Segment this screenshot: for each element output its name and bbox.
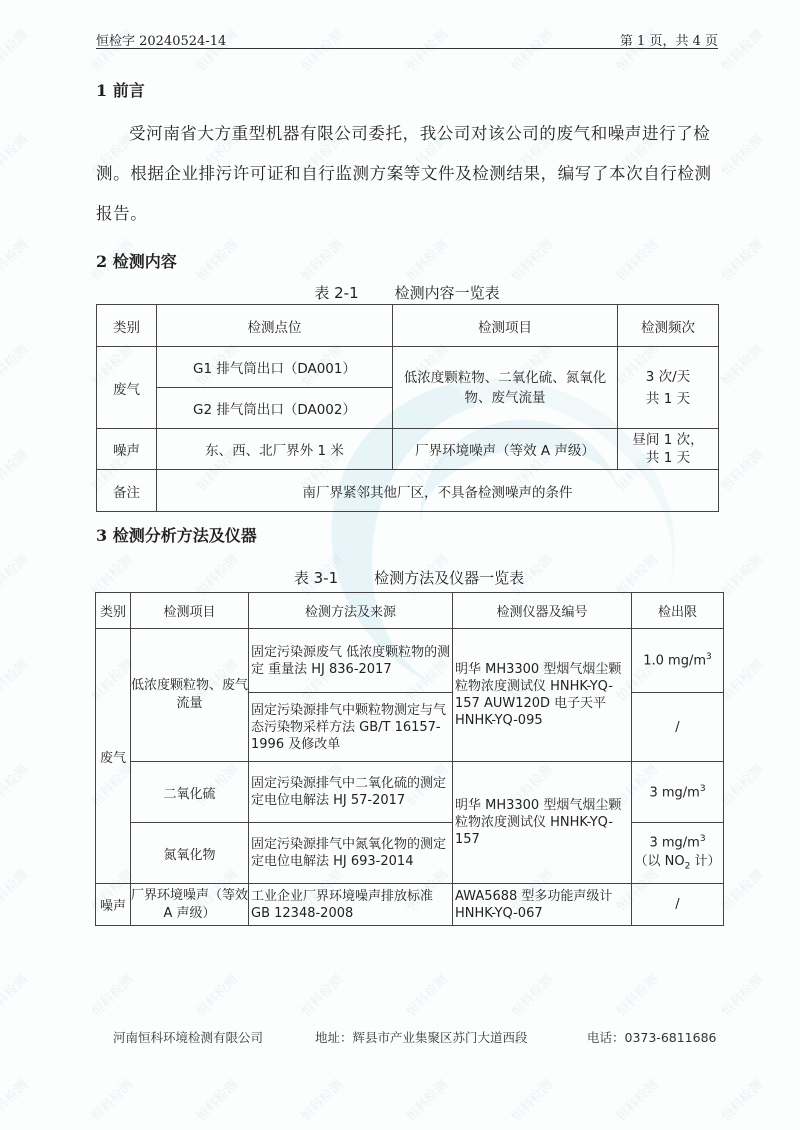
frequency-line-2: 共 1 天 [618, 388, 718, 410]
table-row: 废气 G1 排气筒出口（DA001） 低浓度颗粒物、二氧化硫、氮氧化物、废气流量… [97, 347, 719, 388]
noise-item: 厂界环境噪声（等效 A 声级） [393, 429, 618, 470]
instrument-mh3300: 明华 MH3300 型烟气烟尘颗粒物浓度测试仪 HNHK-YQ-157 [453, 762, 632, 884]
limit-particulate: 1.0 mg/m3 [632, 629, 724, 693]
table-header-row: 类别 检测点位 检测项目 检测频次 [97, 305, 719, 347]
table-3-1-title: 检测方法及仪器一览表 [374, 569, 524, 587]
header-limit: 检出限 [632, 593, 724, 629]
document-page: 恒检字 20240524-14 第 1 页，共 4 页 1 前言 受河南省大方重… [0, 0, 800, 1130]
limit-noise: / [632, 884, 724, 926]
limit-value: 3 mg/m [649, 785, 699, 800]
header-item: 检测项目 [131, 593, 249, 629]
method-hj57: 固定污染源排气中二氧化硫的测定 定电位电解法 HJ 57-2017 [249, 762, 453, 823]
limit-value: 3 mg/m [649, 835, 699, 850]
method-instrument-table: 类别 检测项目 检测方法及来源 检测仪器及编号 检出限 废气 低浓度颗粒物、废气… [95, 592, 724, 926]
item-nox: 氮氧化物 [131, 823, 249, 884]
limit-nox: 3 mg/m3 （以 NO2 计） [632, 823, 724, 884]
header-item: 检测项目 [393, 305, 618, 347]
gas-frequency: 3 次/天 共 1 天 [618, 347, 719, 429]
item-so2: 二氧化硫 [131, 762, 249, 823]
header-method: 检测方法及来源 [249, 593, 453, 629]
category-noise: 噪声 [96, 884, 131, 926]
noise-frequency: 昼间 1 次， 共 1 天 [618, 429, 719, 470]
limit-flow: / [632, 693, 724, 762]
table-2-1-caption: 表 2-1检测内容一览表 [96, 282, 718, 303]
page-indicator: 第 1 页，共 4 页 [620, 30, 718, 49]
section-1-title: 1 前言 [96, 78, 145, 101]
gas-items: 低浓度颗粒物、二氧化硫、氮氧化物、废气流量 [393, 347, 618, 429]
method-hj836: 固定污染源废气 低浓度颗粒物的测定 重量法 HJ 836-2017 [249, 629, 453, 693]
category-gas: 废气 [97, 347, 157, 429]
section-3-title: 3 检测分析方法及仪器 [96, 523, 257, 546]
header-category: 类别 [96, 593, 131, 629]
limit-unit-sup: 3 [700, 784, 706, 794]
limit-so2: 3 mg/m3 [632, 762, 724, 823]
instrument-mh3300-auw120d: 明华 MH3300 型烟气烟尘颗粒物浓度测试仪 HNHK-YQ-157 AUW1… [453, 629, 632, 762]
item-noise: 厂界环境噪声（等效 A 声级） [131, 884, 249, 926]
limit-note: （以 NO2 计） [632, 852, 723, 877]
table-row: 废气 低浓度颗粒物、废气流量 固定污染源废气 低浓度颗粒物的测定 重量法 HJ … [96, 629, 724, 693]
method-gbt16157: 固定污染源排气中颗粒物测定与气态污染物采样方法 GB/T 16157-1996 … [249, 693, 453, 762]
table-2-1-title: 检测内容一览表 [395, 284, 500, 302]
point-g2: G2 排气筒出口（DA002） [157, 388, 393, 429]
frequency-line-2: 共 1 天 [618, 449, 718, 467]
table-header-row: 类别 检测项目 检测方法及来源 检测仪器及编号 检出限 [96, 593, 724, 629]
table-3-1-number: 表 3-1 [294, 569, 338, 587]
table-row: 备注 南厂界紧邻其他厂区，不具备检测噪声的条件 [97, 470, 719, 512]
frequency-line-1: 昼间 1 次， [618, 431, 718, 449]
header-point: 检测点位 [157, 305, 393, 347]
limit-note-pre: （以 NO [635, 854, 685, 869]
header-instrument: 检测仪器及编号 [453, 593, 632, 629]
limit-note-post: 计） [690, 854, 720, 869]
table-row: 二氧化硫 固定污染源排气中二氧化硫的测定 定电位电解法 HJ 57-2017 明… [96, 762, 724, 823]
limit-unit-sup: 3 [700, 834, 706, 844]
category-remark: 备注 [97, 470, 157, 512]
footer-address: 地址：辉县市产业集聚区苏门大道西段 [315, 1028, 528, 1046]
footer-phone: 电话：0373-6811686 [587, 1028, 717, 1046]
document-number: 恒检字 20240524-14 [96, 30, 226, 49]
page-header: 恒检字 20240524-14 第 1 页，共 4 页 [96, 30, 718, 49]
category-gas: 废气 [96, 629, 131, 884]
table-2-1-number: 表 2-1 [314, 284, 358, 302]
detection-content-table: 类别 检测点位 检测项目 检测频次 废气 G1 排气筒出口（DA001） 低浓度… [96, 304, 719, 512]
frequency-line-1: 3 次/天 [618, 366, 718, 388]
table-row: 噪声 厂界环境噪声（等效 A 声级） 工业企业厂界环境噪声排放标准 GB 123… [96, 884, 724, 926]
section-1-paragraph: 受河南省大方重型机器有限公司委托，我公司对该公司的废气和噪声进行了检测。根据企业… [96, 114, 721, 234]
item-particulate-flow: 低浓度颗粒物、废气流量 [131, 629, 249, 762]
section-2-title: 2 检测内容 [96, 249, 177, 272]
header-category: 类别 [97, 305, 157, 347]
limit-unit-sup: 3 [706, 652, 712, 662]
header-frequency: 检测频次 [618, 305, 719, 347]
method-gb12348: 工业企业厂界环境噪声排放标准 GB 12348-2008 [249, 884, 453, 926]
point-g1: G1 排气筒出口（DA001） [157, 347, 393, 388]
method-hj693: 固定污染源排气中氮氧化物的测定 定电位电解法 HJ 693-2014 [249, 823, 453, 884]
category-noise: 噪声 [97, 429, 157, 470]
noise-point: 东、西、北厂界外 1 米 [157, 429, 393, 470]
remark-text: 南厂界紧邻其他厂区，不具备检测噪声的条件 [157, 470, 719, 512]
limit-value: 1.0 mg/m [643, 654, 706, 669]
footer-company: 河南恒科环境检测有限公司 [113, 1028, 263, 1046]
table-3-1-caption: 表 3-1检测方法及仪器一览表 [95, 567, 723, 588]
table-row: 噪声 东、西、北厂界外 1 米 厂界环境噪声（等效 A 声级） 昼间 1 次， … [97, 429, 719, 470]
instrument-awa5688: AWA5688 型多功能声级计 HNHK-YQ-067 [453, 884, 632, 926]
